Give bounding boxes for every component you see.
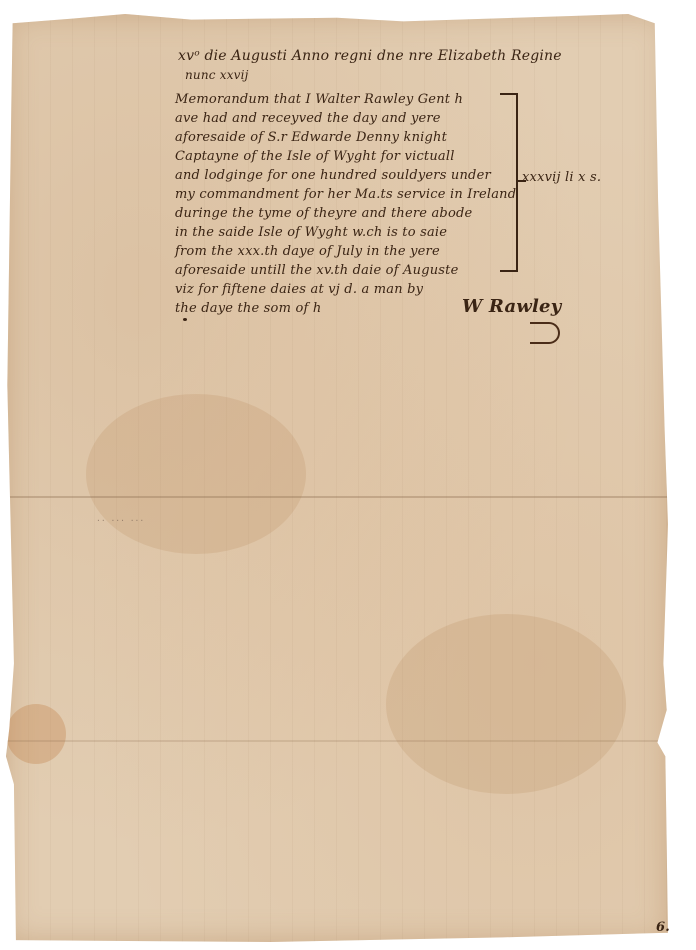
body-line: from the xxx.th daye of July in the yere [175, 242, 440, 261]
body-line: Memorandum that I Walter Rawley Gent h [175, 90, 463, 109]
ink-mark [183, 318, 187, 321]
heading-regnal-year: nunc xxvij [185, 68, 249, 82]
body-line: the daye the som of h [175, 299, 321, 318]
margin-sum-amount: xxxvij li x s. [522, 170, 601, 185]
paper-stain [6, 704, 66, 764]
paper-stain [386, 614, 626, 794]
body-line: aforesaide of S.r Edwarde Denny knight [175, 128, 447, 147]
body-line: Captayne of the Isle of Wyght for victua… [175, 147, 455, 166]
body-line: in the saide Isle of Wyght w.ch is to sa… [175, 223, 447, 242]
body-line: viz for fiftene daies at vj d. a man by [175, 280, 423, 299]
body-line: duringe the tyme of theyre and there abo… [175, 204, 472, 223]
signature: W Rawley [462, 296, 561, 317]
faint-pencil-note: ·· ··· ··· [96, 516, 144, 525]
fold-line [6, 740, 668, 742]
paper-stain [86, 394, 306, 554]
body-line: ave had and receyved the day and yere [175, 109, 441, 128]
body-line: my commandment for her Ma.ts service in … [175, 185, 516, 204]
heading-date-line: xvᵒ die Augusti Anno regni dne nre Eliza… [178, 48, 562, 64]
fold-line [6, 496, 668, 498]
body-line: aforesaide untill the xv.th daie of Augu… [175, 261, 459, 280]
folio-number: 6. [656, 920, 670, 935]
margin-bracket [500, 93, 518, 272]
body-line: and lodginge for one hundred souldyers u… [175, 166, 491, 185]
signature-flourish [530, 322, 560, 344]
